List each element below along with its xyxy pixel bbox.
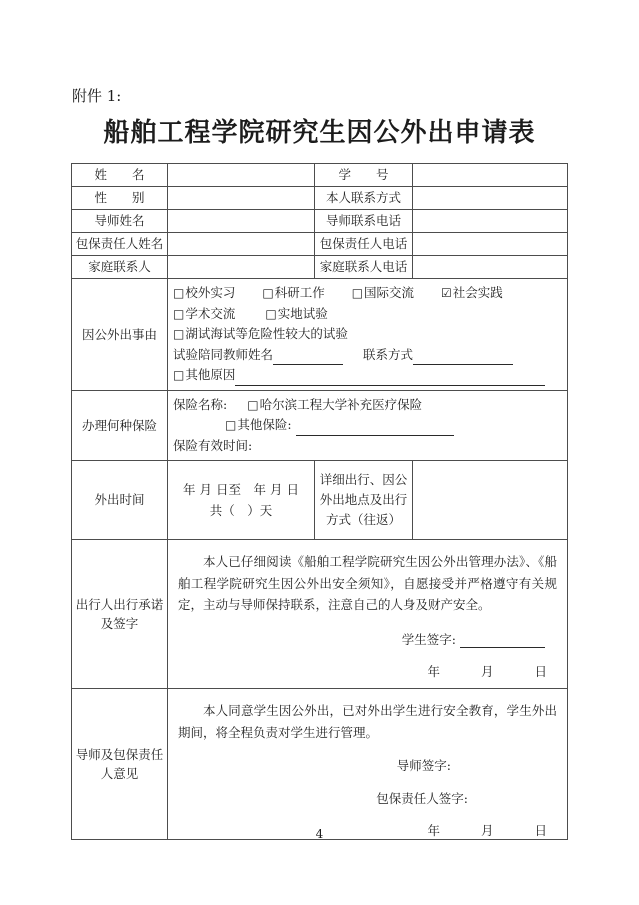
insurance-content-cell: 保险名称:□哈尔滨工程大学补充医疗保险 □其他保险: 保险有效时间: <box>168 390 568 461</box>
checkbox-label: 实地试验 <box>278 306 328 321</box>
name-label: 姓 名 <box>72 164 168 187</box>
reason-content-cell: □校外实习 □科研工作 □国际交流 ☑社会实践 □学术交流 □实地试验 □湖试海… <box>168 279 568 391</box>
day-label: 日 <box>534 664 547 679</box>
checkbox-label: 哈尔滨工程大学补充医疗保险 <box>260 397 423 412</box>
checkbox-label: 国际交流 <box>364 285 414 300</box>
gender-label: 性 别 <box>72 187 168 210</box>
checkbox-field-test: □实地试验 <box>265 306 327 321</box>
checkbox-unchecked-icon: □ <box>262 286 273 300</box>
outing-detail-value-cell <box>413 461 568 540</box>
table-row: 办理何种保险 保险名称:□哈尔滨工程大学补充医疗保险 □其他保险: 保险有效时间… <box>72 390 568 461</box>
tutor-phone-value-cell <box>413 210 568 233</box>
family-contact-phone-value-cell <box>413 256 568 279</box>
checkbox-unchecked-icon: □ <box>173 307 184 321</box>
time-range-line1: 年 月 日至 年 月 日 <box>168 479 314 500</box>
opinion-content-cell: 本人同意学生因公外出，已对外出学生进行安全教育，学生外出期间，将全程负责对学生进… <box>168 689 568 840</box>
checkbox-research-work: □科研工作 <box>262 285 324 300</box>
opinion-label: 导师及包保责任人意见 <box>72 689 168 840</box>
opinion-body-text: 本人同意学生因公外出，已对外出学生进行安全教育，学生外出期间，将全程负责对学生进… <box>178 700 557 743</box>
teacher-name-blank-line <box>273 352 343 365</box>
other-insurance-line: □其他保险: <box>173 415 561 436</box>
reason-checkbox-row-3: □湖试海试等危险性较大的试验 <box>173 324 561 345</box>
commitment-date-line: 年月日 <box>178 662 557 680</box>
checkbox-label: 其他原因 <box>185 367 235 382</box>
table-row: 性 别 本人联系方式 <box>72 187 568 210</box>
month-label: 月 <box>481 664 494 679</box>
guarantor-signature-label: 包保责任人签字: <box>376 791 468 806</box>
reason-label: 因公外出事由 <box>72 279 168 391</box>
commitment-body-text: 本人已仔细阅读《船舶工程学院研究生因公外出管理办法》、《船舶工程学院研究生因公外… <box>178 551 557 616</box>
name-value-cell <box>168 164 315 187</box>
insurance-name-line: 保险名称:□哈尔滨工程大学补充医疗保险 <box>173 395 561 416</box>
tutor-signature-label: 导师签字: <box>397 758 451 773</box>
outing-detail-label: 详细出行、因公外出地点及出行方式（往返） <box>315 461 413 540</box>
checkbox-checked-icon: ☑ <box>441 286 452 300</box>
checkbox-other-reason: □其他原因 <box>173 367 235 382</box>
guarantor-phone-value-cell <box>413 233 568 256</box>
attachment-label: 附件 1: <box>72 85 121 106</box>
application-form-table: 姓 名 学 号 性 别 本人联系方式 导师姓名 导师联系电话 包保责任人姓名 <box>71 163 568 840</box>
tutor-signature-line: 导师签字: <box>178 756 557 774</box>
outing-time-label: 外出时间 <box>72 461 168 540</box>
insurance-valid-time-line: 保险有效时间: <box>173 436 561 457</box>
insurance-name-label: 保险名称: <box>173 397 227 412</box>
checkbox-unchecked-icon: □ <box>225 418 236 432</box>
checkbox-unchecked-icon: □ <box>173 368 184 382</box>
family-contact-value-cell <box>168 256 315 279</box>
checkbox-unchecked-icon: □ <box>247 398 258 412</box>
student-id-value-cell <box>413 164 568 187</box>
table-row: 因公外出事由 □校外实习 □科研工作 □国际交流 ☑社会实践 □学术交流 □实地… <box>72 279 568 391</box>
guarantor-signature-line: 包保责任人签字: <box>178 789 557 807</box>
table-row: 包保责任人姓名 包保责任人电话 <box>72 233 568 256</box>
checkbox-lake-sea-trial: □湖试海试等危险性较大的试验 <box>173 326 348 341</box>
guarantor-phone-label: 包保责任人电话 <box>315 233 413 256</box>
checkbox-unchecked-icon: □ <box>173 327 184 341</box>
tutor-name-label: 导师姓名 <box>72 210 168 233</box>
year-label: 年 <box>427 664 440 679</box>
checkbox-international-exchange: □国际交流 <box>352 285 414 300</box>
student-signature-line: 学生签字: <box>178 630 557 648</box>
table-row: 姓 名 学 号 <box>72 164 568 187</box>
checkbox-label: 校外实习 <box>185 285 235 300</box>
trial-teacher-line: 试验陪同教师姓名联系方式 <box>173 345 561 366</box>
reason-checkbox-row-1: □校外实习 □科研工作 □国际交流 ☑社会实践 <box>173 283 561 304</box>
guarantor-name-value-cell <box>168 233 315 256</box>
table-row: 出行人出行承诺及签字 本人已仔细阅读《船舶工程学院研究生因公外出管理办法》、《船… <box>72 540 568 689</box>
table-row: 家庭联系人 家庭联系人电话 <box>72 256 568 279</box>
tutor-name-value-cell <box>168 210 315 233</box>
student-id-label: 学 号 <box>315 164 413 187</box>
checkbox-social-practice: ☑社会实践 <box>441 285 503 300</box>
checkbox-label: 其他保险: <box>237 417 291 432</box>
checkbox-unchecked-icon: □ <box>352 286 363 300</box>
other-reason-blank-line <box>235 373 545 386</box>
insurance-label: 办理何种保险 <box>72 390 168 461</box>
table-row: 外出时间 年 月 日至 年 月 日 共（ ）天 详细出行、因公外出地点及出行方式… <box>72 461 568 540</box>
checkbox-off-campus-internship: □校外实习 <box>173 285 235 300</box>
personal-contact-label: 本人联系方式 <box>315 187 413 210</box>
trial-teacher-name-label: 试验陪同教师姓名 <box>173 347 273 362</box>
checkbox-label: 科研工作 <box>275 285 325 300</box>
checkbox-unchecked-icon: □ <box>173 286 184 300</box>
family-contact-label: 家庭联系人 <box>72 256 168 279</box>
commitment-label: 出行人出行承诺及签字 <box>72 540 168 689</box>
table-row: 导师姓名 导师联系电话 <box>72 210 568 233</box>
contact-blank-line <box>413 352 513 365</box>
checkbox-academic-exchange: □学术交流 <box>173 306 235 321</box>
checkbox-hrbeu-supplementary-medical-insurance: □哈尔滨工程大学补充医疗保险 <box>247 397 422 412</box>
student-signature-blank-line <box>460 635 545 648</box>
guarantor-name-label: 包保责任人姓名 <box>72 233 168 256</box>
other-reason-line: □其他原因 <box>173 365 561 386</box>
family-contact-phone-label: 家庭联系人电话 <box>315 256 413 279</box>
reason-checkbox-row-2: □学术交流 □实地试验 <box>173 304 561 325</box>
trial-contact-label: 联系方式 <box>363 347 413 362</box>
outing-time-range-cell: 年 月 日至 年 月 日 共（ ）天 <box>168 461 315 540</box>
gender-value-cell <box>168 187 315 210</box>
page-title: 船舶工程学院研究生因公外出申请表 <box>0 112 639 149</box>
commitment-content-cell: 本人已仔细阅读《船舶工程学院研究生因公外出管理办法》、《船舶工程学院研究生因公外… <box>168 540 568 689</box>
checkbox-label: 社会实践 <box>453 285 503 300</box>
student-signature-label: 学生签字: <box>402 632 456 647</box>
time-range-line2: 共（ ）天 <box>168 500 314 521</box>
table-row: 导师及包保责任人意见 本人同意学生因公外出，已对外出学生进行安全教育，学生外出期… <box>72 689 568 840</box>
page-number: 4 <box>0 827 639 841</box>
checkbox-unchecked-icon: □ <box>265 307 276 321</box>
other-insurance-blank-line <box>296 423 454 436</box>
checkbox-label: 学术交流 <box>185 306 235 321</box>
checkbox-other-insurance: □其他保险: <box>225 417 292 432</box>
personal-contact-value-cell <box>413 187 568 210</box>
document-page: 附件 1: 船舶工程学院研究生因公外出申请表 姓 名 学 号 性 别 本人联系方… <box>0 0 639 905</box>
insurance-valid-time-label: 保险有效时间: <box>173 438 252 453</box>
tutor-phone-label: 导师联系电话 <box>315 210 413 233</box>
checkbox-label: 湖试海试等危险性较大的试验 <box>185 326 348 341</box>
